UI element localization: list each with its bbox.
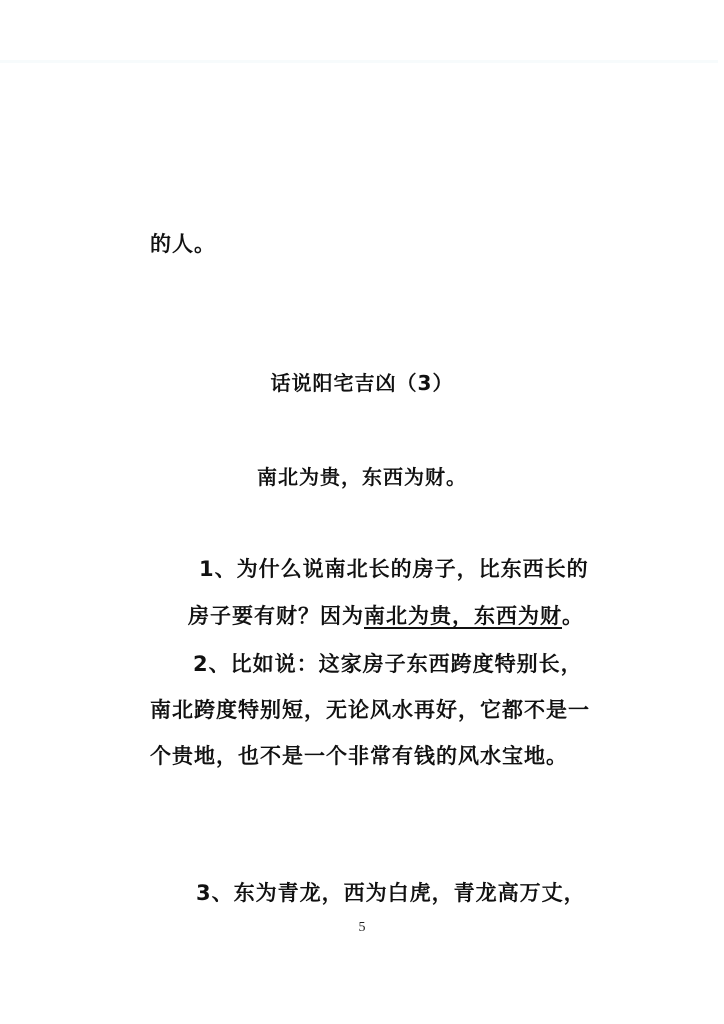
- paragraph-2-line-3: 个贵地，也不是一个非常有钱的风水宝地。: [150, 743, 568, 769]
- document-page: 的人。 话说阳宅吉凶（3） 南北为贵，东西为财。 1、为什么说南北长的房子，比东…: [0, 0, 724, 1024]
- paragraph-2-line-2: 南北跨度特别短，无论风水再好，它都不是一: [150, 697, 590, 723]
- paragraph-2-line-1: 2、比如说：这家房子东西跨度特别长，: [193, 651, 583, 677]
- section-title: 话说阳宅吉凶（3）: [0, 370, 724, 396]
- page-number: 5: [0, 920, 724, 936]
- page-top-edge: [0, 60, 718, 63]
- underlined-emphasis: 南北为贵，东西为财: [364, 604, 562, 628]
- paragraph-1-line-1: 1、为什么说南北长的房子，比东西长的: [199, 556, 589, 582]
- paragraph-3-line-1: 3、东为青龙，西为白虎，青龙高万丈，: [196, 880, 586, 906]
- paragraph-1-line-2: 房子要有财？因为南北为贵，东西为财。: [188, 603, 584, 629]
- paragraph-1-text: 房子要有财？因为: [188, 604, 364, 628]
- continuation-text: 的人。: [150, 231, 216, 257]
- section-subtitle: 南北为贵，东西为财。: [0, 464, 724, 490]
- paragraph-1-end: 。: [562, 604, 584, 628]
